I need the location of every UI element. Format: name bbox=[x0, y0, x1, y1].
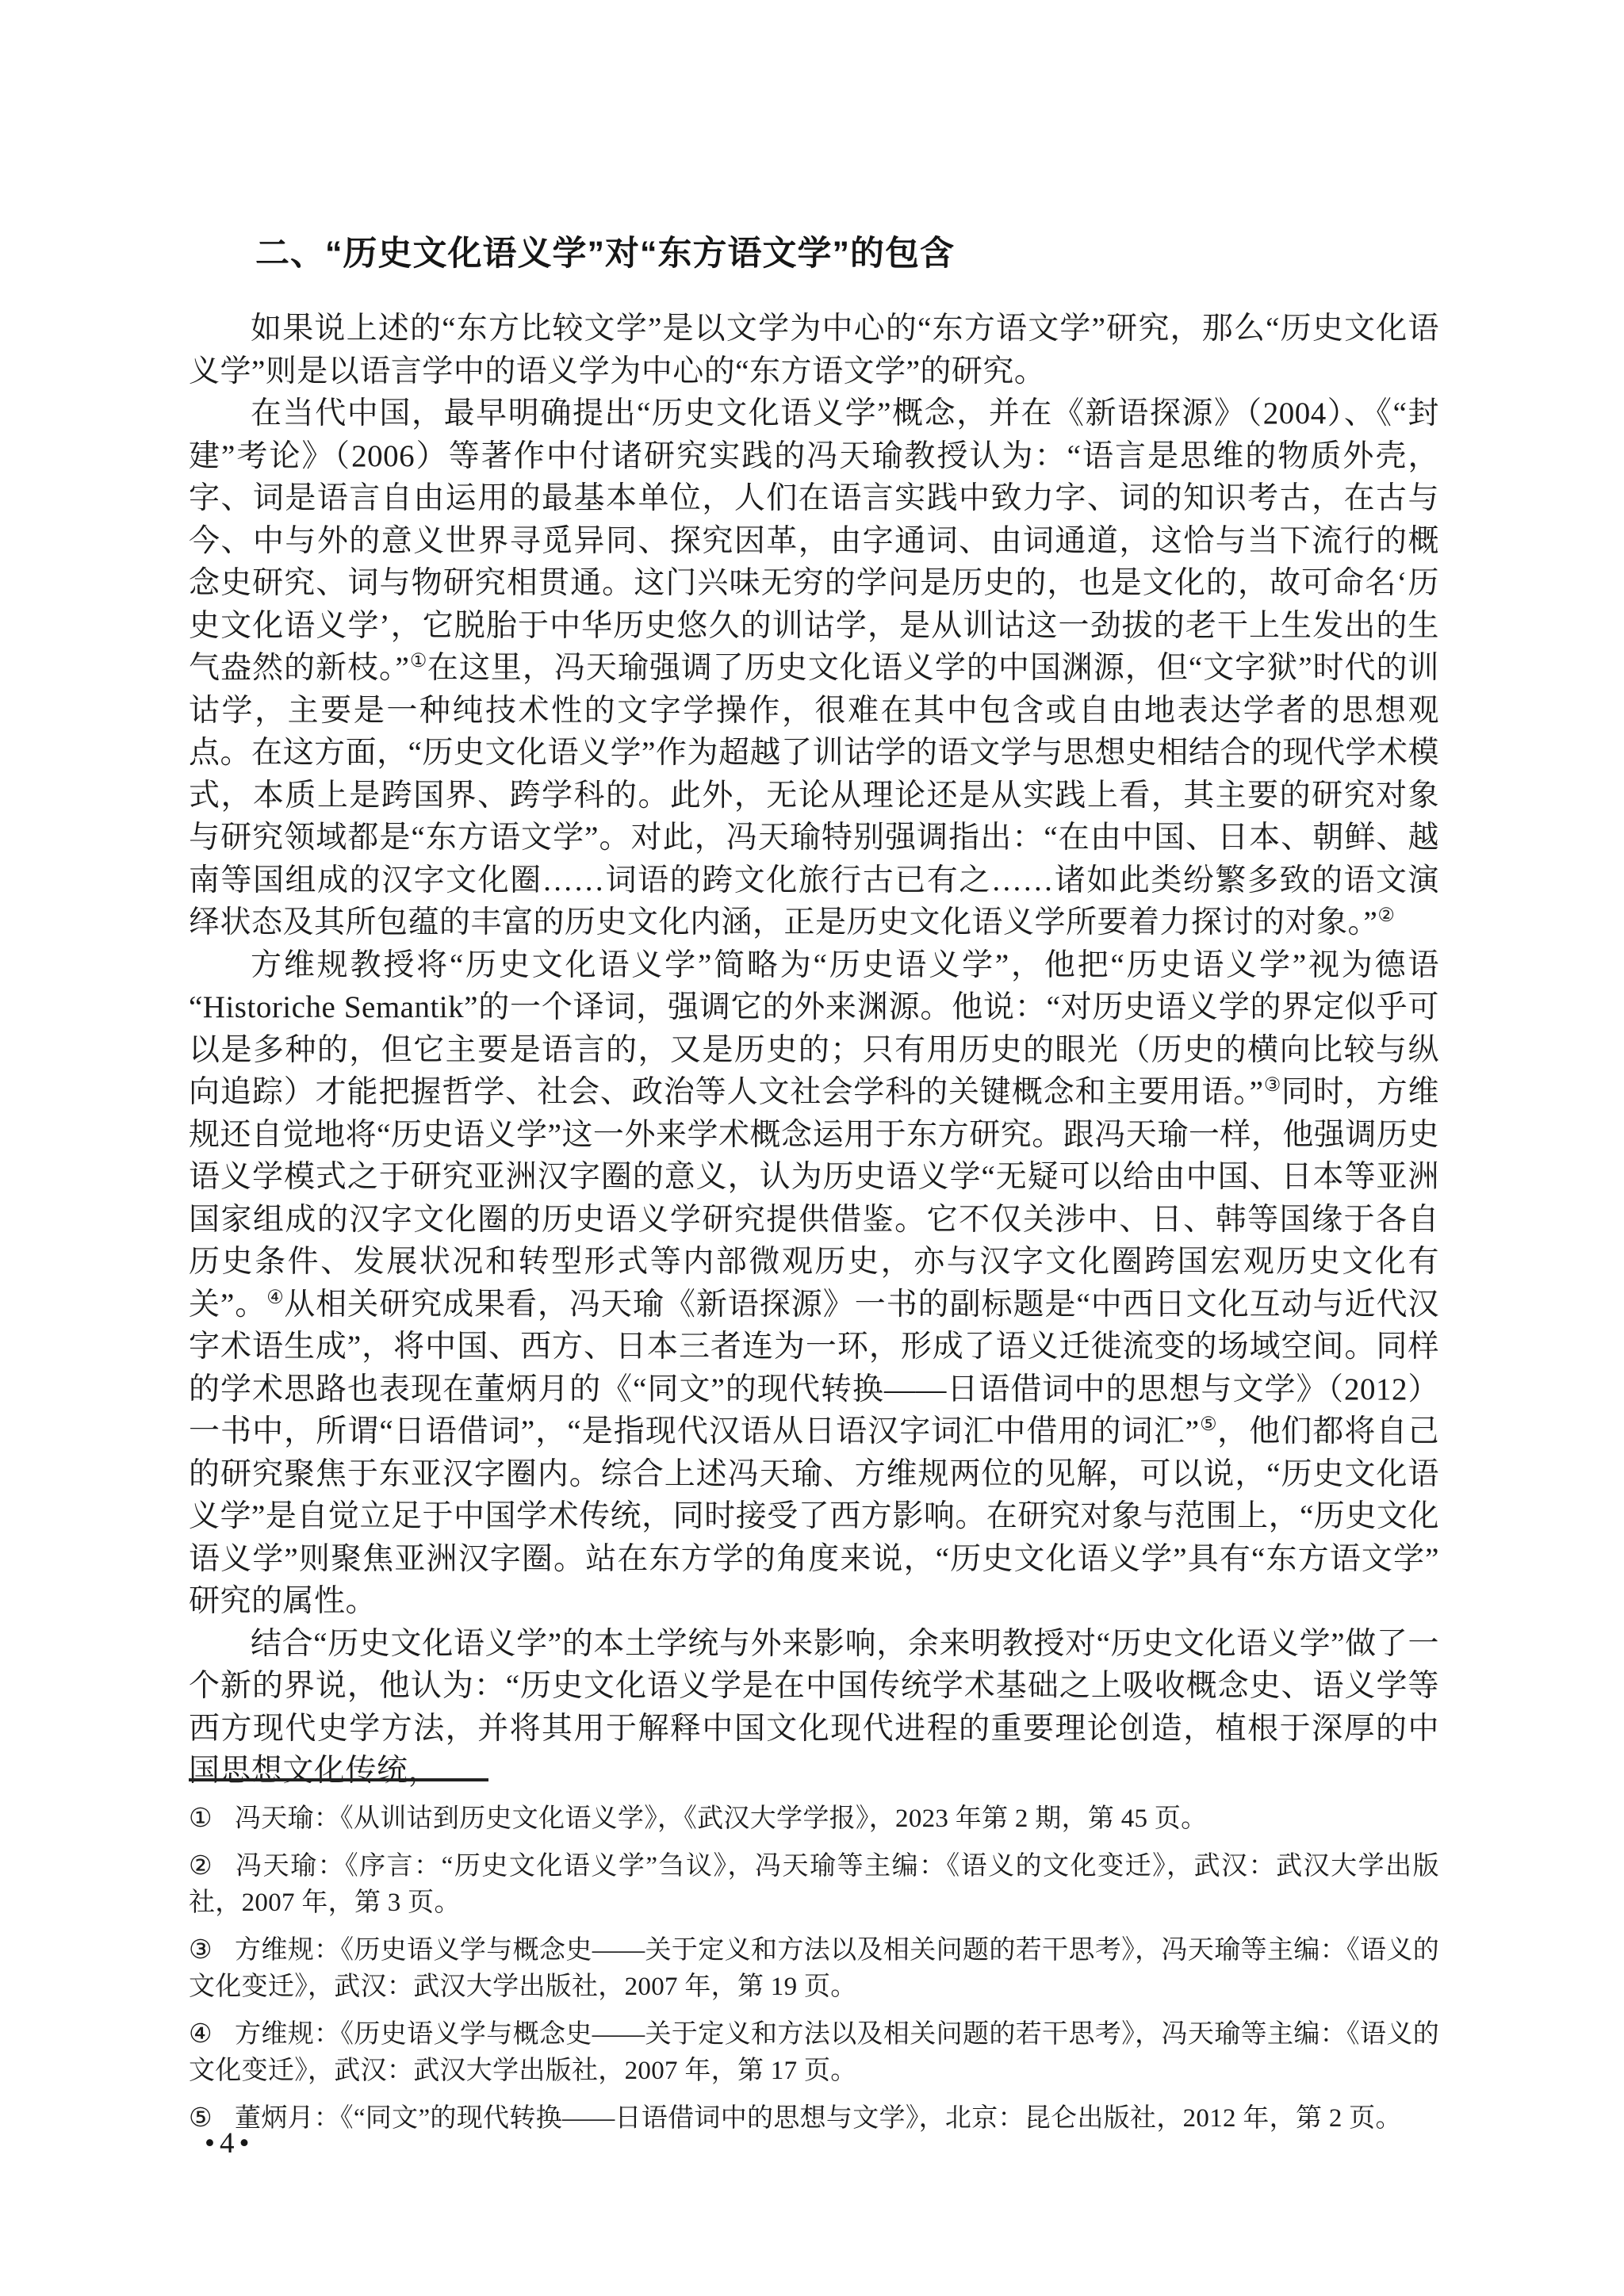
footnote-ref: ② bbox=[1377, 905, 1395, 926]
body-text: 如果说上述的“东方比较文学”是以文学为中心的“东方语文学”研究，那么“历史文化语… bbox=[189, 308, 1439, 1793]
page-content: 二、“历史文化语义学”对“东方语文学”的包含 如果说上述的“东方比较文学”是以文… bbox=[189, 232, 1439, 1793]
footnote-text: 方维规：《历史语义学与概念史——关于定义和方法以及相关问题的若干思考》，冯天瑜等… bbox=[189, 1936, 1439, 2001]
footnote-item: ③方维规：《历史语义学与概念史——关于定义和方法以及相关问题的若干思考》，冯天瑜… bbox=[189, 1932, 1439, 2005]
paragraph-text: 同时，方维规还自觉地将“历史语义学”这一外来学术概念运用于东方研究。跟冯天瑜一样… bbox=[189, 1075, 1439, 1322]
paragraph-text: 在这里，冯天瑜强调了历史文化语义学的中国渊源，但“文字狱”时代的训诂学，主要是一… bbox=[189, 651, 1439, 939]
paragraph-text: 在当代中国，最早明确提出“历史文化语义学”概念，并在《新语探源》（2004）、《… bbox=[189, 396, 1439, 685]
footnote-marker: ③ bbox=[189, 1936, 213, 1965]
footnotes: ①冯天瑜：《从训诂到历史文化语义学》，《武汉大学学报》，2023 年第 2 期，… bbox=[189, 1800, 1439, 2137]
footnote-ref: ① bbox=[409, 651, 427, 672]
footnote-marker: ② bbox=[189, 1852, 213, 1881]
section-heading: 二、“历史文化语义学”对“东方语文学”的包含 bbox=[189, 232, 1439, 276]
paragraph-text: 如果说上述的“东方比较文学”是以文学为中心的“东方语文学”研究，那么“历史文化语… bbox=[189, 312, 1439, 388]
footnote-text: 冯天瑜：《从训诂到历史文化语义学》，《武汉大学学报》，2023 年第 2 期，第… bbox=[235, 1804, 1208, 1833]
footnote-text: 冯天瑜：《序言：“历史文化语义学”刍议》，冯天瑜等主编：《语义的文化变迁》，武汉… bbox=[189, 1852, 1439, 1917]
paragraph-text: 结合“历史文化语义学”的本土学统与外来影响，余来明教授对“历史文化语义学”做了一… bbox=[189, 1627, 1439, 1789]
body-paragraph: 方维规教授将“历史文化语义学”简略为“历史语义学”，他把“历史语义学”视为德语“… bbox=[189, 944, 1439, 1623]
footnotes-block: ①冯天瑜：《从训诂到历史文化语义学》，《武汉大学学报》，2023 年第 2 期，… bbox=[189, 1778, 1439, 2148]
footnote-item: ②冯天瑜：《序言：“历史文化语义学”刍议》，冯天瑜等主编：《语义的文化变迁》，武… bbox=[189, 1848, 1439, 1921]
footnote-item: ⑤董炳月：《“同文”的现代转换——日语借词中的思想与文学》，北京：昆仑出版社，2… bbox=[189, 2100, 1439, 2137]
document-page: 二、“历史文化语义学”对“东方语文学”的包含 如果说上述的“东方比较文学”是以文… bbox=[0, 0, 1624, 2296]
footnote-separator bbox=[189, 1778, 488, 1781]
body-paragraph: 在当代中国，最早明确提出“历史文化语义学”概念，并在《新语探源》（2004）、《… bbox=[189, 392, 1439, 944]
paragraph-text: 方维规教授将“历史文化语义学”简略为“历史语义学”，他把“历史语义学”视为德语“… bbox=[189, 948, 1439, 1110]
footnote-item: ④方维规：《历史语义学与概念史——关于定义和方法以及相关问题的若干思考》，冯天瑜… bbox=[189, 2016, 1439, 2089]
page-number: •4• bbox=[205, 2126, 254, 2160]
footnote-marker: ① bbox=[189, 1804, 213, 1833]
footnote-ref: ④ bbox=[266, 1288, 284, 1308]
footnote-item: ①冯天瑜：《从训诂到历史文化语义学》，《武汉大学学报》，2023 年第 2 期，… bbox=[189, 1800, 1439, 1837]
footnote-ref: ⑤ bbox=[1200, 1414, 1218, 1435]
body-paragraph: 如果说上述的“东方比较文学”是以文学为中心的“东方语文学”研究，那么“历史文化语… bbox=[189, 308, 1439, 392]
footnote-ref: ③ bbox=[1263, 1075, 1281, 1096]
footnote-marker: ④ bbox=[189, 2020, 213, 2049]
body-paragraph: 结合“历史文化语义学”的本土学统与外来影响，余来明教授对“历史文化语义学”做了一… bbox=[189, 1623, 1439, 1793]
footnote-text: 董炳月：《“同文”的现代转换——日语借词中的思想与文学》，北京：昆仑出版社，20… bbox=[235, 2104, 1402, 2133]
footnote-text: 方维规：《历史语义学与概念史——关于定义和方法以及相关问题的若干思考》，冯天瑜等… bbox=[189, 2020, 1439, 2085]
